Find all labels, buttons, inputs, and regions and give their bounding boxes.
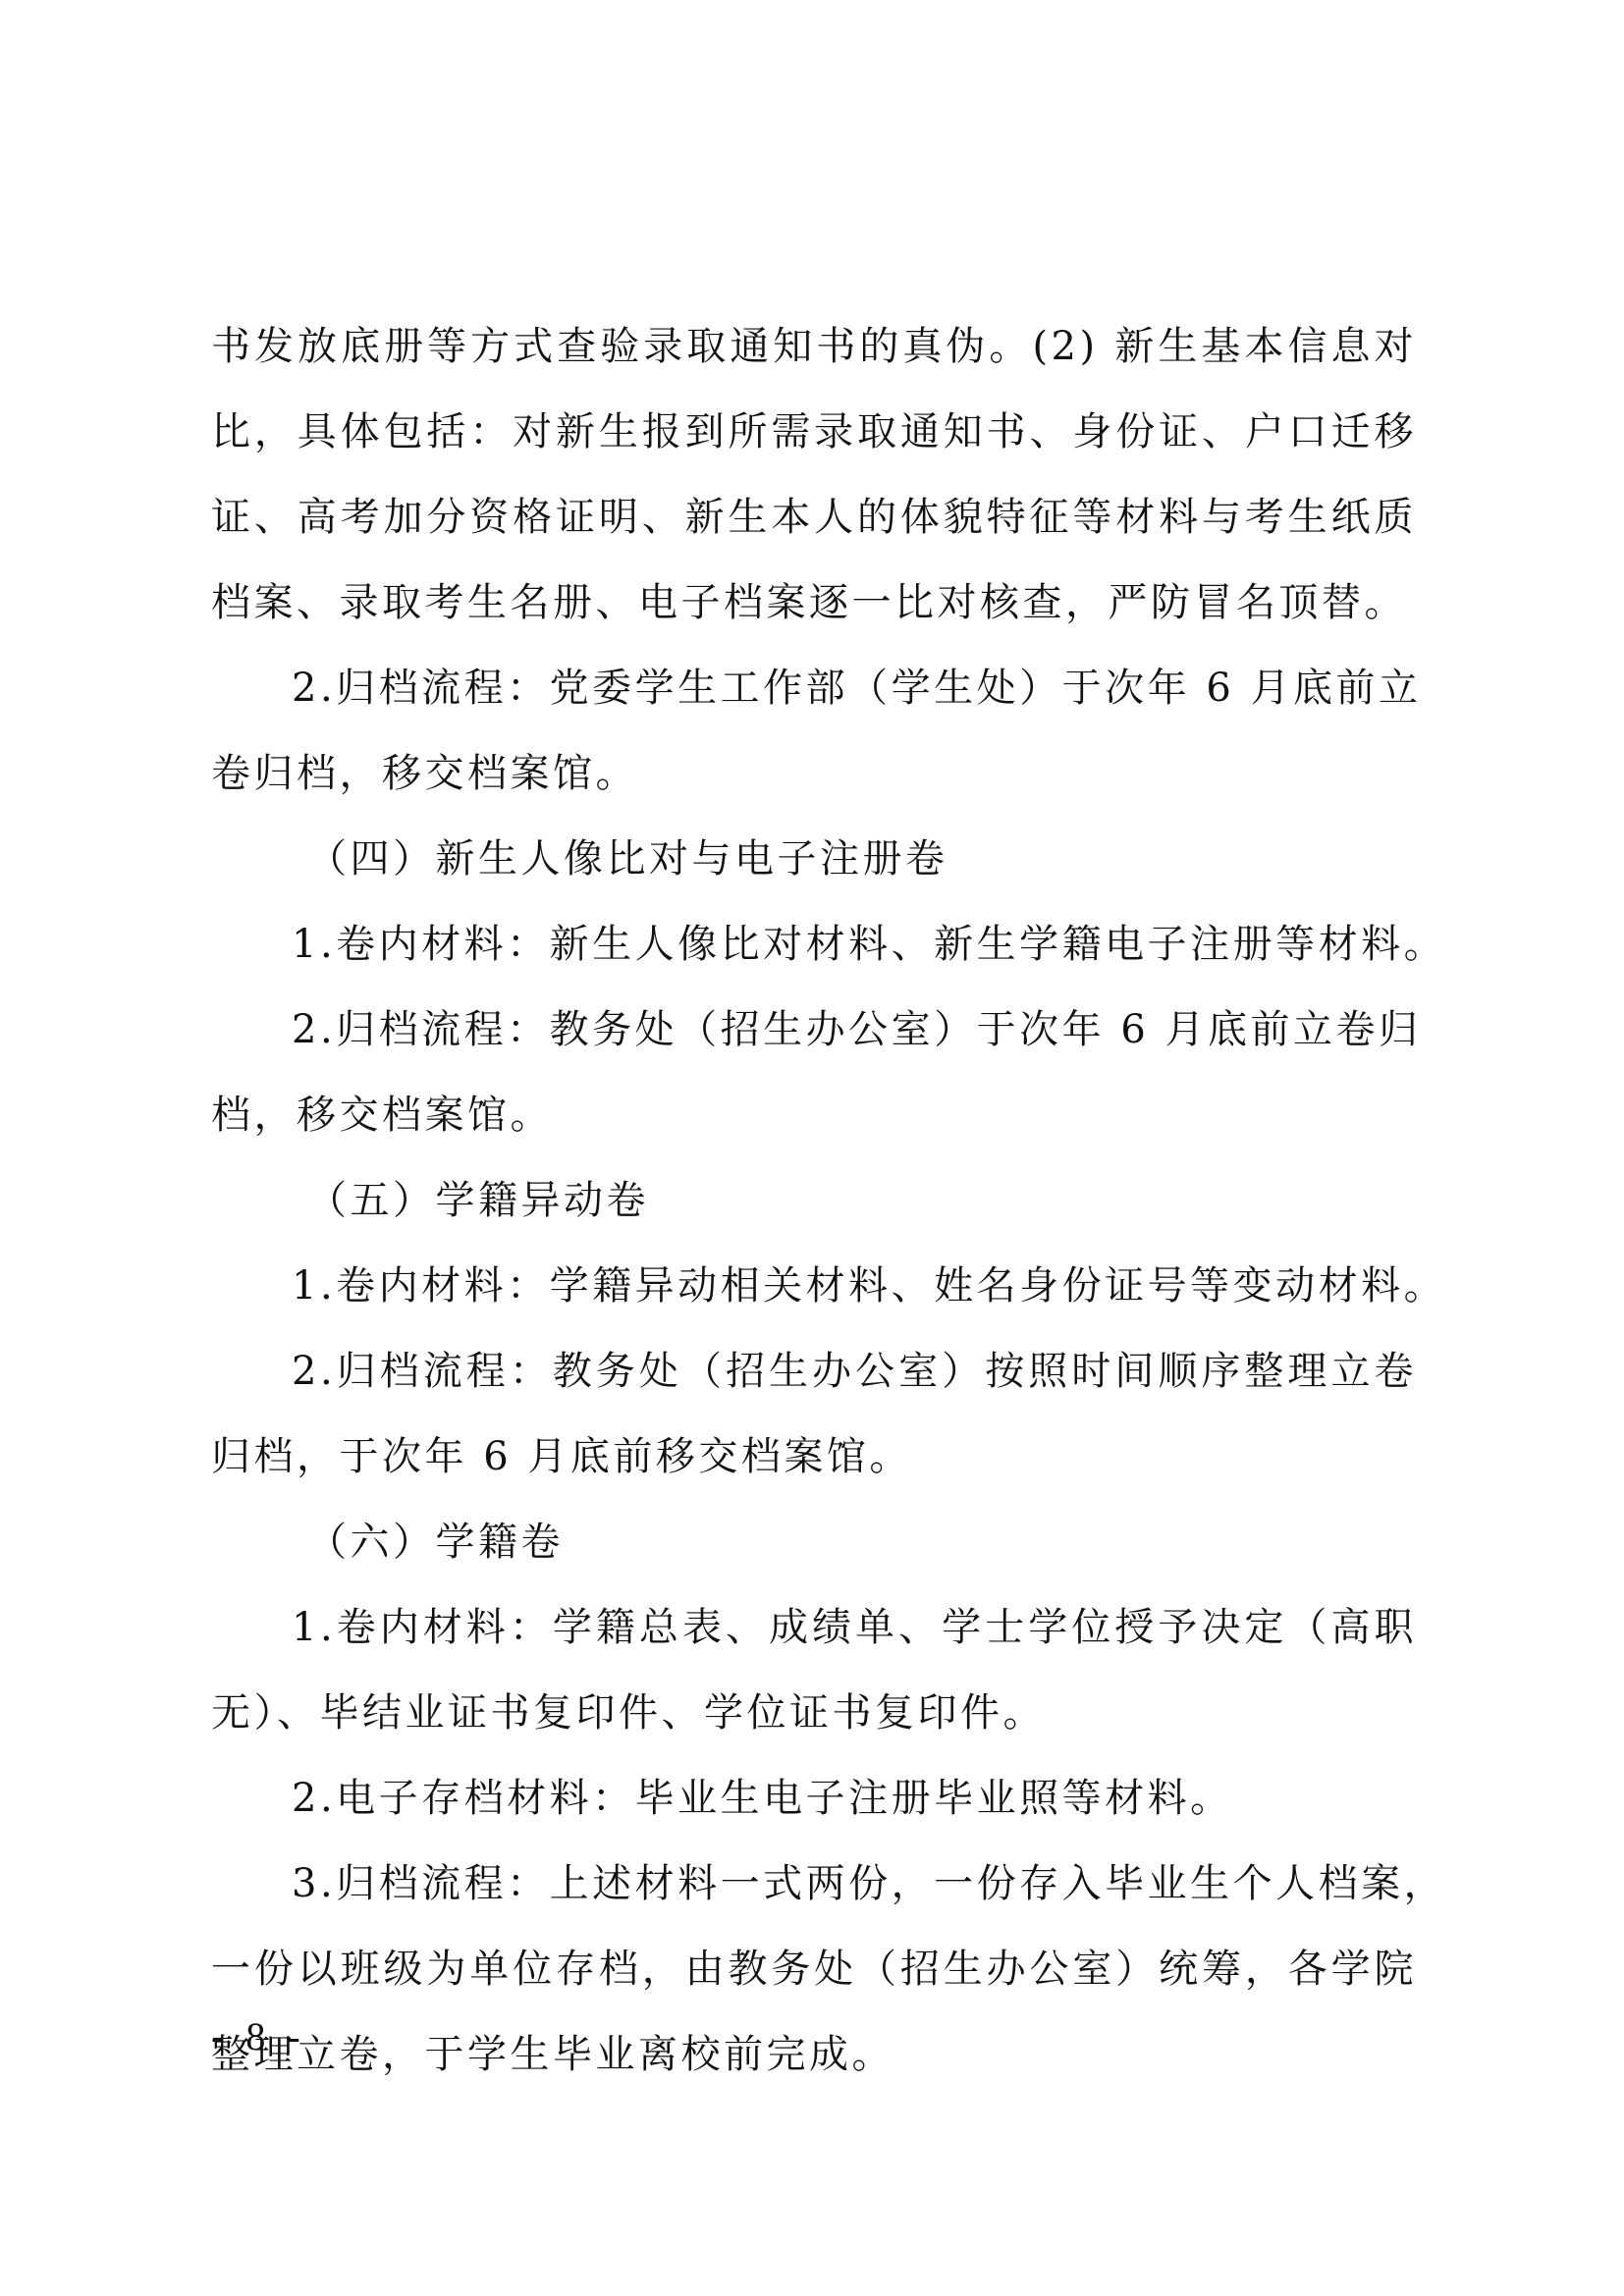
section-heading-6: （六）学籍卷 xyxy=(211,1500,1417,1585)
item-archive-process-line-end: 归档，于次年 6 月底前移交档案馆。 xyxy=(211,1415,1417,1500)
item-archive-process-line: 3.归档流程：上述材料一式两份，一份存入毕业生个人档案， xyxy=(211,1842,1417,1927)
item-volume-materials: 1.卷内材料：新生人像比对材料、新生学籍电子注册等材料。 xyxy=(211,902,1417,988)
item-archive-process-line: 一份以班级为单位存档，由教务处（招生办公室）统筹，各学院 xyxy=(211,1927,1417,2012)
item-archive-process-line-end: 整理立卷，于学生毕业离校前完成。 xyxy=(211,2012,1417,2098)
item-volume-materials: 1.卷内材料：学籍异动相关材料、姓名身份证号等变动材料。 xyxy=(211,1244,1417,1329)
item-archive-process-line-end: 档，移交档案馆。 xyxy=(211,1073,1417,1158)
item-electronic-materials: 2.电子存档材料：毕业生电子注册毕业照等材料。 xyxy=(211,1756,1417,1842)
item-archive-process-line-end: 卷归档，移交档案馆。 xyxy=(211,731,1417,817)
page-number: - 8 - xyxy=(211,2012,306,2061)
item-volume-materials-line: 1.卷内材料：学籍总表、成绩单、学士学位授予决定（高职 xyxy=(211,1585,1417,1671)
item-archive-process-line: 2.归档流程：教务处（招生办公室）于次年 6 月底前立卷归 xyxy=(211,988,1417,1073)
document-body: 书发放底册等方式查验录取通知书的真伪。(2) 新生基本信息对 比，具体包括：对新… xyxy=(211,304,1417,2098)
paragraph-line-end: 档案、录取考生名册、电子档案逐一比对核查，严防冒名顶替。 xyxy=(211,561,1417,646)
section-heading-4: （四）新生人像比对与电子注册卷 xyxy=(211,817,1417,902)
paragraph-line-continuation: 书发放底册等方式查验录取通知书的真伪。(2) 新生基本信息对 xyxy=(211,304,1417,390)
document-page: 书发放底册等方式查验录取通知书的真伪。(2) 新生基本信息对 比，具体包括：对新… xyxy=(0,0,1624,2296)
item-archive-process-line: 2.归档流程：教务处（招生办公室）按照时间顺序整理立卷 xyxy=(211,1329,1417,1415)
item-volume-materials-line-end: 无）、毕结业证书复印件、学位证书复印件。 xyxy=(211,1671,1417,1756)
paragraph-line-continuation: 证、高考加分资格证明、新生本人的体貌特征等材料与考生纸质 xyxy=(211,475,1417,561)
paragraph-line-continuation: 比，具体包括：对新生报到所需录取通知书、身份证、户口迁移 xyxy=(211,390,1417,475)
item-archive-process-line: 2.归档流程：党委学生工作部（学生处）于次年 6 月底前立 xyxy=(211,646,1417,731)
section-heading-5: （五）学籍异动卷 xyxy=(211,1158,1417,1244)
